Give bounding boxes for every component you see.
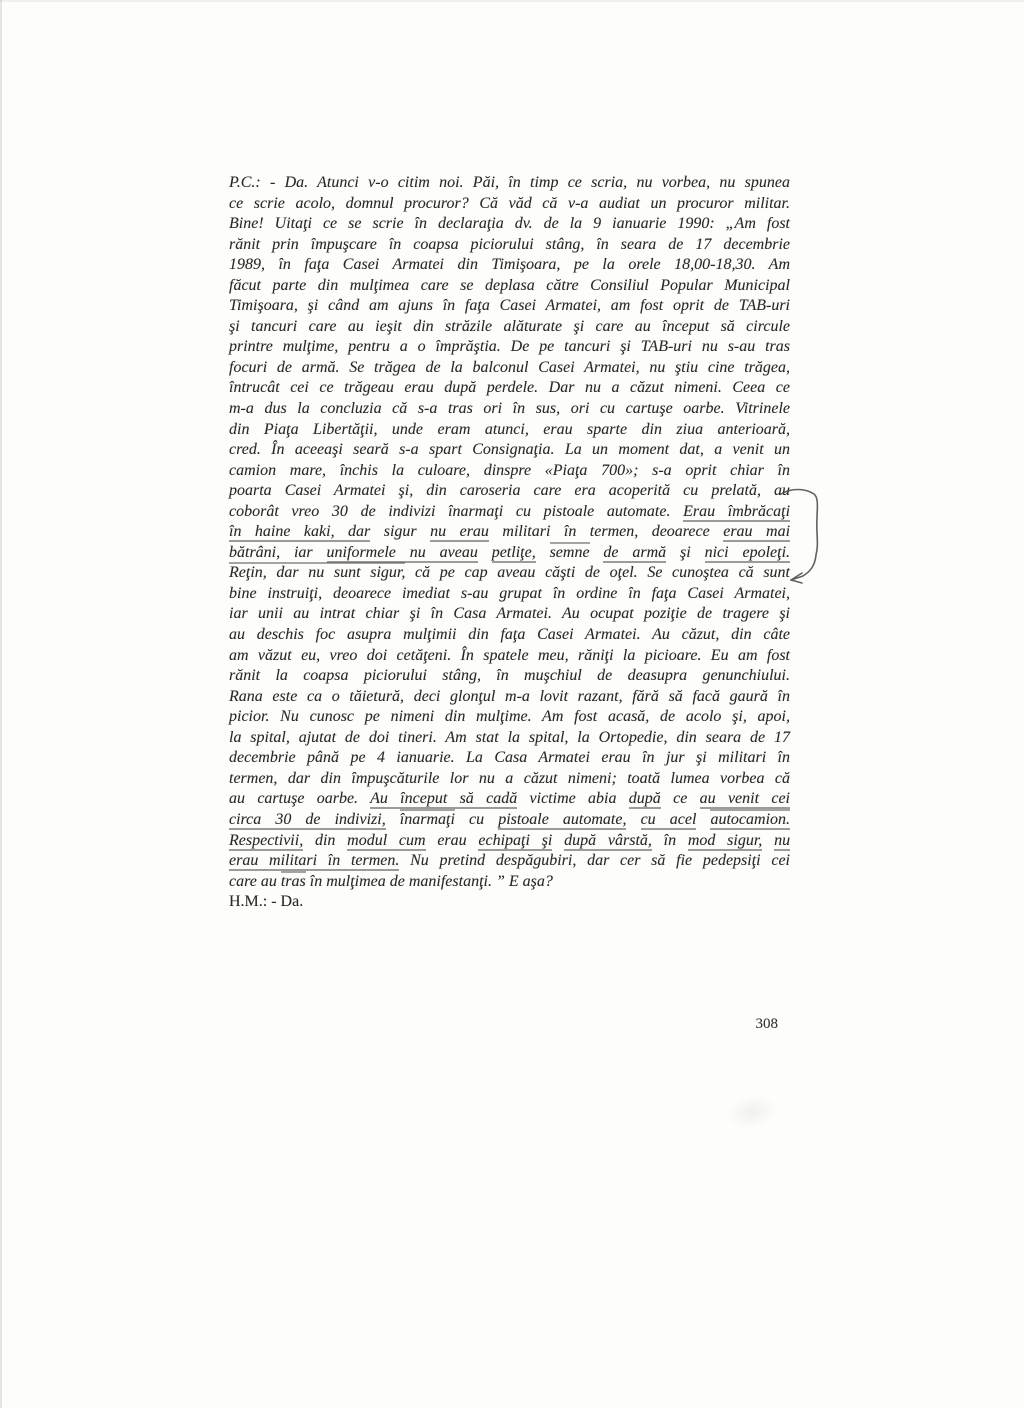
pencil-marked-text: tras bbox=[281, 871, 306, 890]
text-line: au deschis foc asupra mulţimii din faţa … bbox=[229, 625, 790, 646]
text-segment: bătrâni, iar bbox=[229, 544, 327, 561]
text-segment: coborât vreo 30 de indivizi înarmaţi cu … bbox=[229, 503, 683, 520]
transcript: P.C.: - Da. Atunci v-o citim noi. Păi, î… bbox=[229, 173, 790, 892]
text-segment: au deschis foc asupra mulţimii din faţa … bbox=[229, 626, 790, 643]
pencil-marked-text: după vârstă, bbox=[564, 832, 652, 851]
pencil-marked-text: petliţe, bbox=[492, 544, 536, 563]
text-segment bbox=[590, 544, 604, 561]
text-line: am văzut eu, vreo doi cetăţeni. În spate… bbox=[229, 646, 790, 667]
text-segment: cred. În aceeaşi seară s-a spart Consign… bbox=[229, 441, 790, 458]
text-segment: am văzut eu, vreo doi cetăţeni. În spate… bbox=[229, 647, 790, 664]
text-segment bbox=[762, 832, 774, 849]
pencil-marked-text: modul cum bbox=[347, 832, 425, 851]
text-line: picior. Nu cunosc pe nimeni din mulţime.… bbox=[229, 707, 790, 728]
text-segment: printre mulţime, pentru a o împrăştia. D… bbox=[229, 338, 790, 355]
pencil-marked-text: Erau îmbrăcaţi bbox=[683, 503, 790, 522]
pencil-marked-text: în haine kaki, dar bbox=[229, 523, 370, 542]
text-segment: întrucât cei ce trăgeau erau după perdel… bbox=[229, 379, 790, 396]
text-line: focuri de armă. Se trăgea de la balconul… bbox=[229, 358, 790, 379]
dialogue-closing-line: H.M.: - Da. bbox=[229, 892, 790, 913]
text-line: poarta Casei Armatei şi, din caroseria c… bbox=[229, 481, 790, 502]
pencil-marked-text: echipaţi şi bbox=[478, 832, 552, 851]
text-segment: militari în termen, deoarece bbox=[489, 523, 723, 540]
text-segment: din Piaţa Libertăţii, unde eram atunci, … bbox=[229, 421, 790, 438]
text-segment: rănit prin împuşcare în coapsa piciorulu… bbox=[229, 236, 790, 253]
text-line: cred. În aceeaşi seară s-a spart Consign… bbox=[229, 440, 790, 461]
text-segment: cu bbox=[455, 811, 498, 828]
text-segment: Timişoara, şi când am ajuns în faţa Case… bbox=[229, 297, 790, 314]
text-segment: sigur bbox=[370, 523, 430, 540]
text-segment bbox=[552, 832, 564, 849]
text-segment: poarta Casei Armatei şi, din caroseria c… bbox=[229, 482, 790, 499]
handwritten-margin-bracket-icon bbox=[779, 481, 833, 591]
text-line: rănit la coapsa piciorului stâng, în muş… bbox=[229, 666, 790, 687]
text-segment: P.C.: - Da. Atunci v-o citim noi. Păi, î… bbox=[229, 174, 790, 191]
text-segment: făcut parte din mulţimea care se deplasa… bbox=[229, 277, 790, 294]
text-line: bine instruiţi, deoarece imediat s-au gr… bbox=[229, 584, 790, 605]
pencil-marked-text: au venit cei bbox=[700, 790, 790, 809]
pencil-marked-text: înarmaţi bbox=[400, 809, 455, 828]
text-segment: Rana este ca o tăietură, deci glonţul m-… bbox=[229, 688, 790, 705]
pencil-marked-text: Respectivii, bbox=[229, 832, 303, 851]
faint-pencil-smudge bbox=[723, 1091, 781, 1133]
text-line: 1989, în faţa Casei Armatei din Timişoar… bbox=[229, 255, 790, 276]
pencil-marked-text: autocamion. bbox=[710, 809, 790, 830]
text-segment: şi bbox=[666, 544, 704, 561]
text-line: şi tancuri care au ieşit din străzile al… bbox=[229, 317, 790, 338]
text-segment: din bbox=[303, 832, 347, 849]
text-segment: m-a dus la concluzia că s-a tras ori în … bbox=[229, 400, 790, 417]
text-segment: picior. Nu cunosc pe nimeni din mulţime.… bbox=[229, 708, 790, 725]
text-segment: termen, dar din împuşcăturile lor nu a c… bbox=[229, 770, 790, 787]
pencil-marked-text: circa 30 de indivizi, bbox=[229, 811, 386, 830]
text-segment: erau bbox=[426, 832, 479, 849]
text-segment: în bbox=[652, 832, 688, 849]
text-segment: focuri de armă. Se trăgea de la balconul… bbox=[229, 359, 790, 376]
text-segment: rănit la coapsa piciorului stâng, în muş… bbox=[229, 667, 790, 684]
text-line: printre mulţime, pentru a o împrăştia. D… bbox=[229, 337, 790, 358]
text-line: decembrie până pe 4 ianuarie. La Casa Ar… bbox=[229, 748, 790, 769]
text-segment: 1989, în faţa Casei Armatei din Timişoar… bbox=[229, 256, 790, 273]
scan-edge-artifact bbox=[0, 0, 2, 1408]
pencil-marked-text: uniformele nu aveau bbox=[327, 544, 478, 563]
text-line: camion mare, închis la culoare, dinspre … bbox=[229, 461, 790, 482]
pencil-marked-text: Reţin, dar nu sunt sigur, bbox=[229, 562, 405, 581]
text-segment: care au bbox=[229, 873, 281, 890]
text-segment: camion mare, închis la culoare, dinspre … bbox=[229, 462, 790, 479]
text-segment: iar unii au intrat chiar şi în Casa Arma… bbox=[229, 605, 790, 622]
text-segment bbox=[386, 811, 400, 828]
pencil-marked-text: de armă bbox=[603, 544, 666, 563]
text-segment: Nu pretind despăgubiri, dar cer să fie p… bbox=[399, 852, 790, 869]
text-line: care au tras în mulţimea de manifestanţi… bbox=[229, 872, 790, 893]
pencil-marked-text: după bbox=[629, 790, 661, 809]
text-line: ce scrie acolo, domnul procuror? Că văd … bbox=[229, 194, 790, 215]
pencil-marked-text: cu acel bbox=[641, 811, 697, 830]
text-line: au cartuşe oarbe. Au început să cadă vic… bbox=[229, 789, 790, 810]
text-segment: că pe cap aveau căşti de oţel. Se cunoşt… bbox=[405, 564, 790, 581]
text-segment bbox=[536, 544, 550, 561]
text-line: din Piaţa Libertăţii, unde eram atunci, … bbox=[229, 420, 790, 441]
pencil-marked-text: nu bbox=[774, 832, 790, 851]
text-line: Timişoara, şi când am ajuns în faţa Case… bbox=[229, 296, 790, 317]
text-line: erau militari în termen. Nu pretind desp… bbox=[229, 851, 790, 872]
text-line: coborât vreo 30 de indivizi înarmaţi cu … bbox=[229, 502, 790, 523]
text-segment: ce scrie acolo, domnul procuror? Că văd … bbox=[229, 195, 790, 212]
text-segment bbox=[696, 811, 710, 828]
text-segment: bine instruiţi, deoarece imediat s-au gr… bbox=[229, 585, 790, 602]
scan-edge-artifact bbox=[0, 0, 1024, 2]
text-line: P.C.: - Da. Atunci v-o citim noi. Păi, î… bbox=[229, 173, 790, 194]
text-segment: ce bbox=[661, 790, 700, 807]
page-number: 308 bbox=[700, 1016, 778, 1033]
text-segment bbox=[626, 811, 640, 828]
text-line: făcut parte din mulţimea care se deplasa… bbox=[229, 276, 790, 297]
text-line: Rana este ca o tăietură, deci glonţul m-… bbox=[229, 687, 790, 708]
text-line: circa 30 de indivizi, înarmaţi cu pistoa… bbox=[229, 810, 790, 831]
text-line: m-a dus la concluzia că s-a tras ori în … bbox=[229, 399, 790, 420]
text-segment: şi tancuri care au ieşit din străzile al… bbox=[229, 318, 790, 335]
pencil-marked-text: mod sigur, bbox=[688, 832, 762, 851]
text-segment: au cartuşe oarbe. bbox=[229, 790, 370, 807]
text-segment: decembrie până pe 4 ianuarie. La Casa Ar… bbox=[229, 749, 790, 766]
text-segment bbox=[478, 544, 492, 561]
text-line: întrucât cei ce trăgeau erau după perdel… bbox=[229, 378, 790, 399]
text-line: termen, dar din împuşcăturile lor nu a c… bbox=[229, 769, 790, 790]
text-line: rănit prin împuşcare în coapsa piciorulu… bbox=[229, 235, 790, 256]
text-segment: victime abia bbox=[517, 790, 629, 807]
pencil-marked-text: pistoale automate, bbox=[498, 811, 626, 830]
scanned-document-page: P.C.: - Da. Atunci v-o citim noi. Păi, î… bbox=[0, 0, 1024, 1408]
pencil-marked-text: erau militari în termen. bbox=[229, 852, 399, 871]
text-line: Bine! Uitaţi ce se scrie în declaraţia d… bbox=[229, 214, 790, 235]
text-line: în haine kaki, dar sigur nu erau militar… bbox=[229, 522, 790, 543]
text-line: la spital, ajutat de doi tineri. Am stat… bbox=[229, 728, 790, 749]
pencil-marked-text: nici epoleţi. bbox=[705, 544, 790, 563]
text-line: bătrâni, iar uniformele nu aveau petliţe… bbox=[229, 543, 790, 564]
text-line: iar unii au intrat chiar şi în Casa Arma… bbox=[229, 604, 790, 625]
pencil-marked-text: semne bbox=[550, 542, 590, 561]
text-segment: Bine! Uitaţi ce se scrie în declaraţia d… bbox=[229, 215, 790, 232]
transcript-block: P.C.: - Da. Atunci v-o citim noi. Păi, î… bbox=[229, 173, 790, 913]
text-segment: în mulţimea de manifestanţi. ” E aşa? bbox=[306, 873, 553, 890]
text-segment: la spital, ajutat de doi tineri. Am stat… bbox=[229, 729, 790, 746]
pencil-marked-text: Au început să cadă bbox=[370, 790, 517, 809]
pencil-marked-text: nu erau bbox=[430, 523, 489, 542]
text-line: Reţin, dar nu sunt sigur, că pe cap avea… bbox=[229, 563, 790, 584]
text-line: Respectivii, din modul cum erau echipaţi… bbox=[229, 831, 790, 852]
